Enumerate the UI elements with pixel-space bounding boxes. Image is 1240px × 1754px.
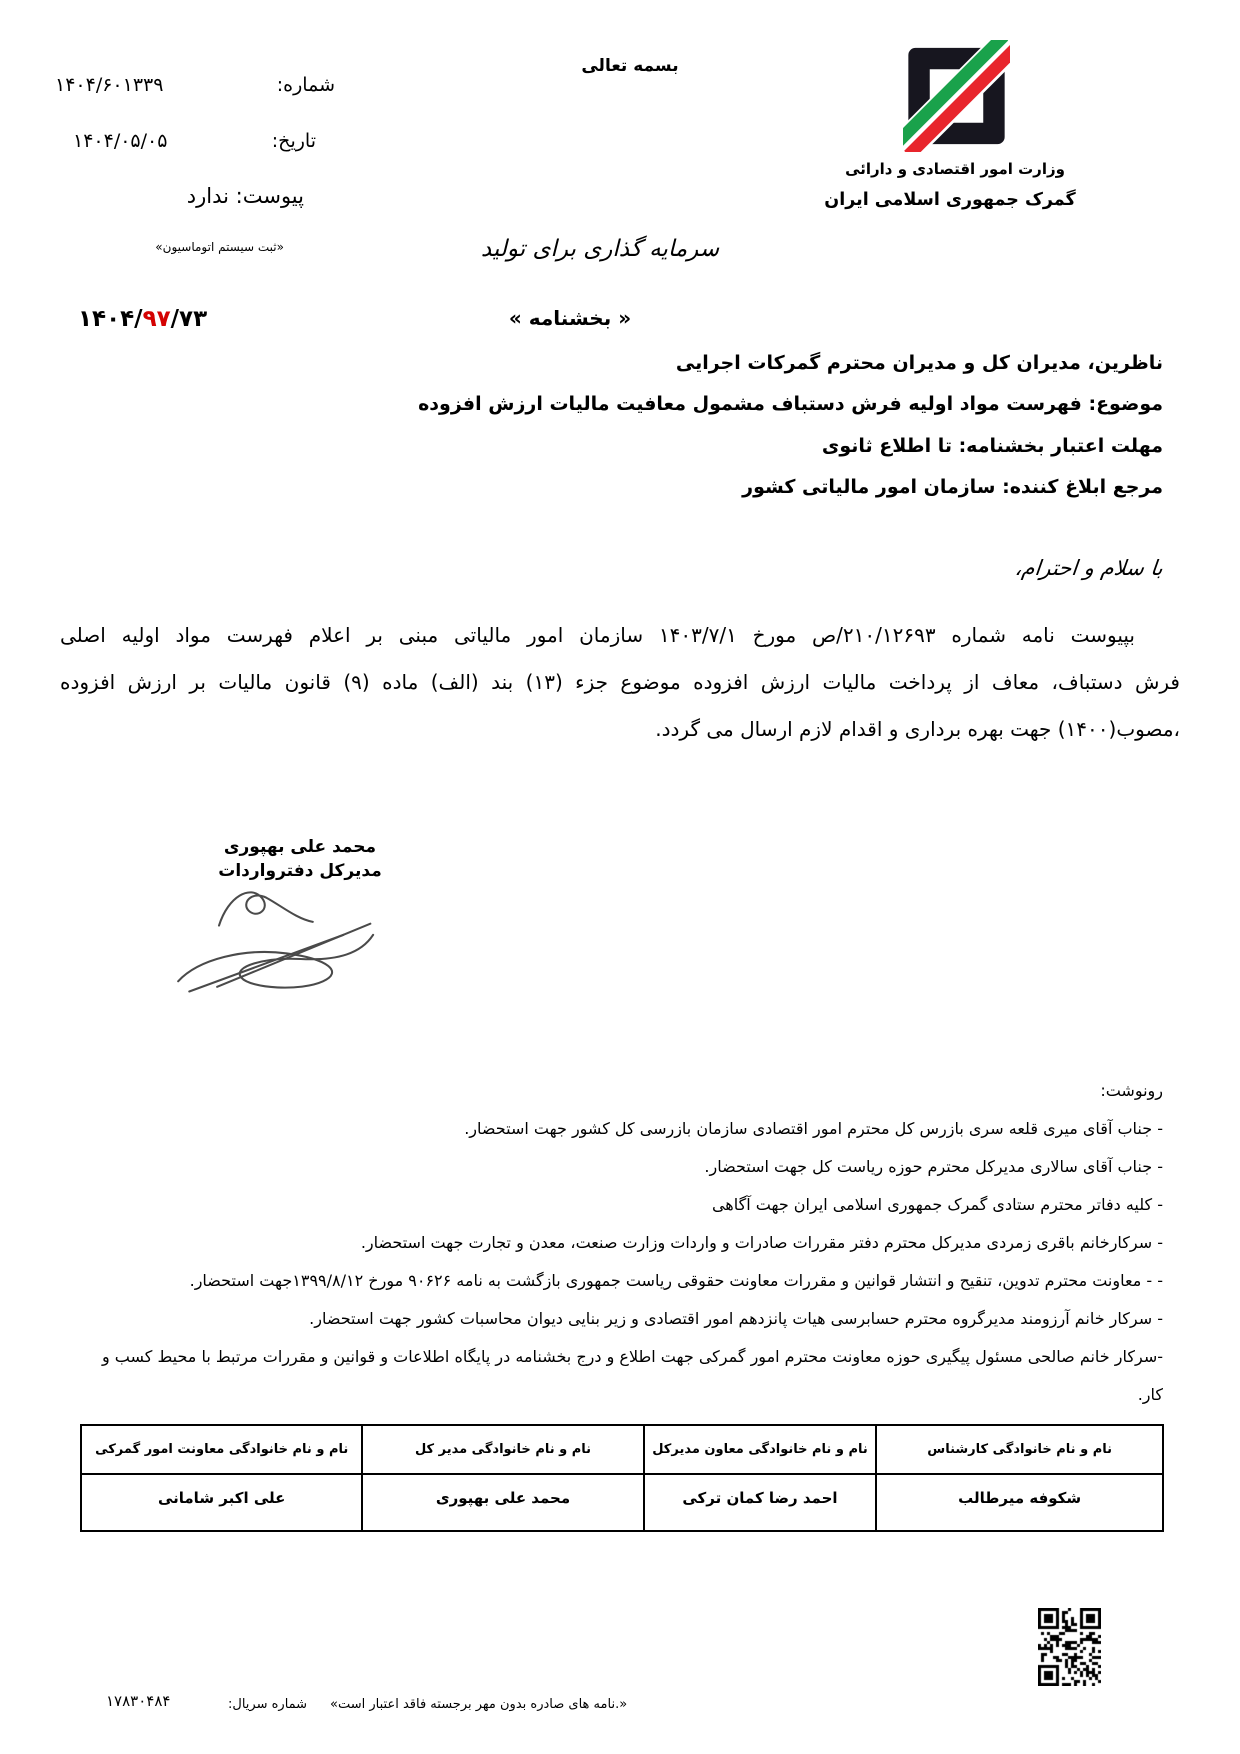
- ministry-name: وزارت امور اقتصادی و دارائی: [800, 160, 1110, 178]
- cc-item: - جناب آقای میری قلعه سری بازرس کل محترم…: [77, 1110, 1163, 1148]
- ref-year: ۱۴۰۴/: [78, 306, 143, 332]
- cc-item: - کلیه دفاتر محترم ستادی گمرک جمهوری اسل…: [77, 1186, 1163, 1224]
- letter-number-line: شماره: ۱۴۰۴/۶۰۱۳۳۹: [55, 74, 335, 96]
- approval-table-header-cell: نام و نام خانوادگی مدیر کل: [362, 1425, 643, 1474]
- footer-validity-note: «نامه های صادره بدون مهر برجسته فاقد اعت…: [330, 1697, 627, 1712]
- approval-table-value-cell: محمد علی بهپوری: [362, 1474, 643, 1531]
- footer-serial-label: شماره سریال:: [228, 1697, 307, 1712]
- automation-note: «ثبت سیستم اتوماسیون»: [155, 240, 284, 254]
- cc-item: - - معاونت محترم تدوین، تنقیح و انتشار ق…: [77, 1262, 1163, 1300]
- footer-serial-value: ۱۷۸۳۰۴۸۴: [106, 1692, 170, 1710]
- approval-table-value-cell: علی اکبر شامانی: [81, 1474, 362, 1531]
- circular-title: « بخشنامه »: [465, 306, 675, 330]
- signatory-name: محمد علی بهپوری: [175, 835, 425, 859]
- addressee-line: ناظرین، مدیران کل و مدیران محترم گمرکات …: [676, 352, 1163, 374]
- year-slogan: سرمایه گذاری برای تولید: [440, 236, 760, 262]
- cc-label: رونوشت:: [77, 1072, 1163, 1110]
- letter-date-value: ۱۴۰۴/۰۵/۰۵: [73, 130, 167, 152]
- approval-table-value-cell: احمد رضا کمان ترکی: [644, 1474, 877, 1531]
- approval-table-value-cell: شکوفه میرطالب: [876, 1474, 1163, 1531]
- ref-sequence: /۷۳: [171, 306, 207, 332]
- circular-ref-number: ۱۴۰۴/۹۷/۷۳: [78, 306, 207, 332]
- cc-item: - جناب آقای سالاری مدیرکل محترم حوزه ریا…: [77, 1148, 1163, 1186]
- issuer-line: مرجع ابلاغ کننده: سازمان امور مالیاتی کش…: [742, 476, 1163, 498]
- approval-table-header-cell: نام و نام خانوادگی معاون مدیرکل: [644, 1425, 877, 1474]
- approval-table-header-cell: نام و نام خانوادگی معاونت امور گمرکی: [81, 1425, 362, 1474]
- approval-table-header-row: نام و نام خانوادگی کارشناسنام و نام خانو…: [81, 1425, 1163, 1474]
- organization-name: گمرک جمهوری اسلامی ایران: [790, 190, 1110, 210]
- approval-table: نام و نام خانوادگی کارشناسنام و نام خانو…: [80, 1424, 1164, 1532]
- customs-logo-icon: [903, 40, 1010, 152]
- letter-date-label: تاریخ:: [272, 130, 316, 152]
- approval-table-header-cell: نام و نام خانوادگی کارشناس: [876, 1425, 1163, 1474]
- handwritten-signature: [150, 868, 405, 998]
- customs-logo: [903, 40, 1010, 152]
- subject-line: موضوع: فهرست مواد اولیه فرش دستباف مشمول…: [418, 393, 1163, 415]
- cc-list: - جناب آقای میری قلعه سری بازرس کل محترم…: [77, 1110, 1163, 1414]
- cc-item: - سرکار خانم آرزومند مدیرگروه محترم حساب…: [77, 1300, 1163, 1338]
- circular-document-page: شماره: ۱۴۰۴/۶۰۱۳۳۹ تاریخ: ۱۴۰۴/۰۵/۰۵ پیو…: [0, 0, 1240, 1754]
- approval-table-value-row: شکوفه میرطالباحمد رضا کمان ترکیمحمد علی …: [81, 1474, 1163, 1531]
- salutation: با سلام و احترام،: [1014, 556, 1164, 580]
- attachment-line: پیوست: ندارد: [187, 184, 304, 208]
- cc-section: رونوشت: - جناب آقای میری قلعه سری بازرس …: [77, 1072, 1163, 1414]
- letter-number-label: شماره:: [277, 74, 335, 96]
- body-paragraph: بپیوست نامه شماره ۲۱۰/۱۲۶۹۳/ص مورخ ۱۴۰۳/…: [60, 612, 1180, 753]
- body-line: بپیوست نامه شماره ۲۱۰/۱۲۶۹۳/ص مورخ ۱۴۰۳/…: [60, 612, 1180, 659]
- validity-line: مهلت اعتبار بخشنامه: تا اطلاع ثانوی: [822, 435, 1163, 457]
- letter-number-value: ۱۴۰۴/۶۰۱۳۳۹: [55, 74, 163, 96]
- body-line: فرش دستباف، معاف از پرداخت مالیات ارزش ا…: [60, 659, 1180, 706]
- letter-date-line: تاریخ: ۱۴۰۴/۰۵/۰۵: [73, 130, 316, 152]
- body-line: ،مصوب(۱۴۰۰) جهت بهره برداری و اقدام لازم…: [60, 706, 1180, 753]
- besmele-heading: بسمه تعالی: [560, 56, 700, 76]
- qr-code: [1038, 1608, 1101, 1686]
- cc-item: -سرکار خانم صالحی مسئول پیگیری حوزه معاو…: [77, 1338, 1163, 1414]
- cc-item: - سرکارخانم باقری زمردی مدیرکل محترم دفت…: [77, 1224, 1163, 1262]
- ref-series-red: ۹۷: [143, 306, 171, 332]
